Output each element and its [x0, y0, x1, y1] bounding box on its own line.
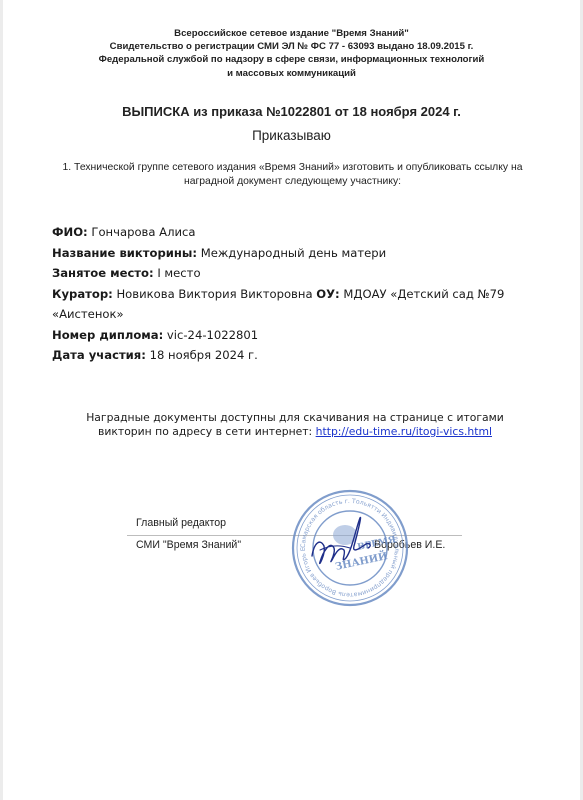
field-quiz: Название викторины: Международный день м…	[52, 243, 512, 264]
field-value: Международный день матери	[201, 246, 386, 260]
field-value: Новикова Виктория Викторовна	[116, 287, 312, 301]
signature-position: Главный редактор	[136, 517, 226, 529]
field-label: ФИО:	[52, 225, 88, 239]
document-header: Всероссийское сетевое издание "Время Зна…	[0, 27, 583, 80]
results-link[interactable]: http://edu-time.ru/itogi-vics.html	[316, 425, 492, 438]
field-place: Занятое место: I место	[52, 263, 512, 284]
field-value: Гончарова Алиса	[91, 225, 195, 239]
order-word: Приказываю	[0, 128, 583, 143]
field-diploma: Номер диплома: vic-24-1022801	[52, 325, 512, 346]
awards-note: Наградные документы доступны для скачива…	[60, 411, 530, 438]
field-label: Занятое место:	[52, 266, 154, 280]
field-label: Номер диплома:	[52, 328, 163, 342]
page-edge-left	[0, 0, 3, 800]
header-line: Свидетельство о регистрации СМИ ЭЛ № ФС …	[0, 40, 583, 53]
order-paragraph: 1. Технической группе сетевого издания «…	[40, 161, 545, 189]
header-line: Всероссийское сетевое издание "Время Зна…	[0, 27, 583, 40]
field-value: I место	[157, 266, 200, 280]
field-label: ОУ:	[316, 287, 339, 301]
header-line: Федеральной службой по надзору в сфере с…	[0, 53, 583, 66]
field-curator: Куратор: Новикова Виктория Викторовна ОУ…	[52, 284, 512, 325]
field-value: vic-24-1022801	[167, 328, 258, 342]
official-stamp-icon: Самарская область г. Тольятти Индивидуал…	[290, 488, 410, 608]
participant-fields: ФИО: Гончарова Алиса Название викторины:…	[52, 222, 512, 366]
document-title: ВЫПИСКА из приказа №1022801 от 18 ноября…	[0, 104, 583, 119]
signature-media: СМИ "Время Знаний"	[136, 539, 241, 551]
field-label: Куратор:	[52, 287, 113, 301]
field-value: 18 ноября 2024 г.	[150, 348, 258, 362]
field-date: Дата участия: 18 ноября 2024 г.	[52, 345, 512, 366]
field-label: Название викторины:	[52, 246, 197, 260]
header-line: и массовых коммуникаций	[0, 67, 583, 80]
field-fio: ФИО: Гончарова Алиса	[52, 222, 512, 243]
svg-text:ВРЕМЯ: ВРЕМЯ	[357, 535, 397, 553]
field-label: Дата участия:	[52, 348, 146, 362]
